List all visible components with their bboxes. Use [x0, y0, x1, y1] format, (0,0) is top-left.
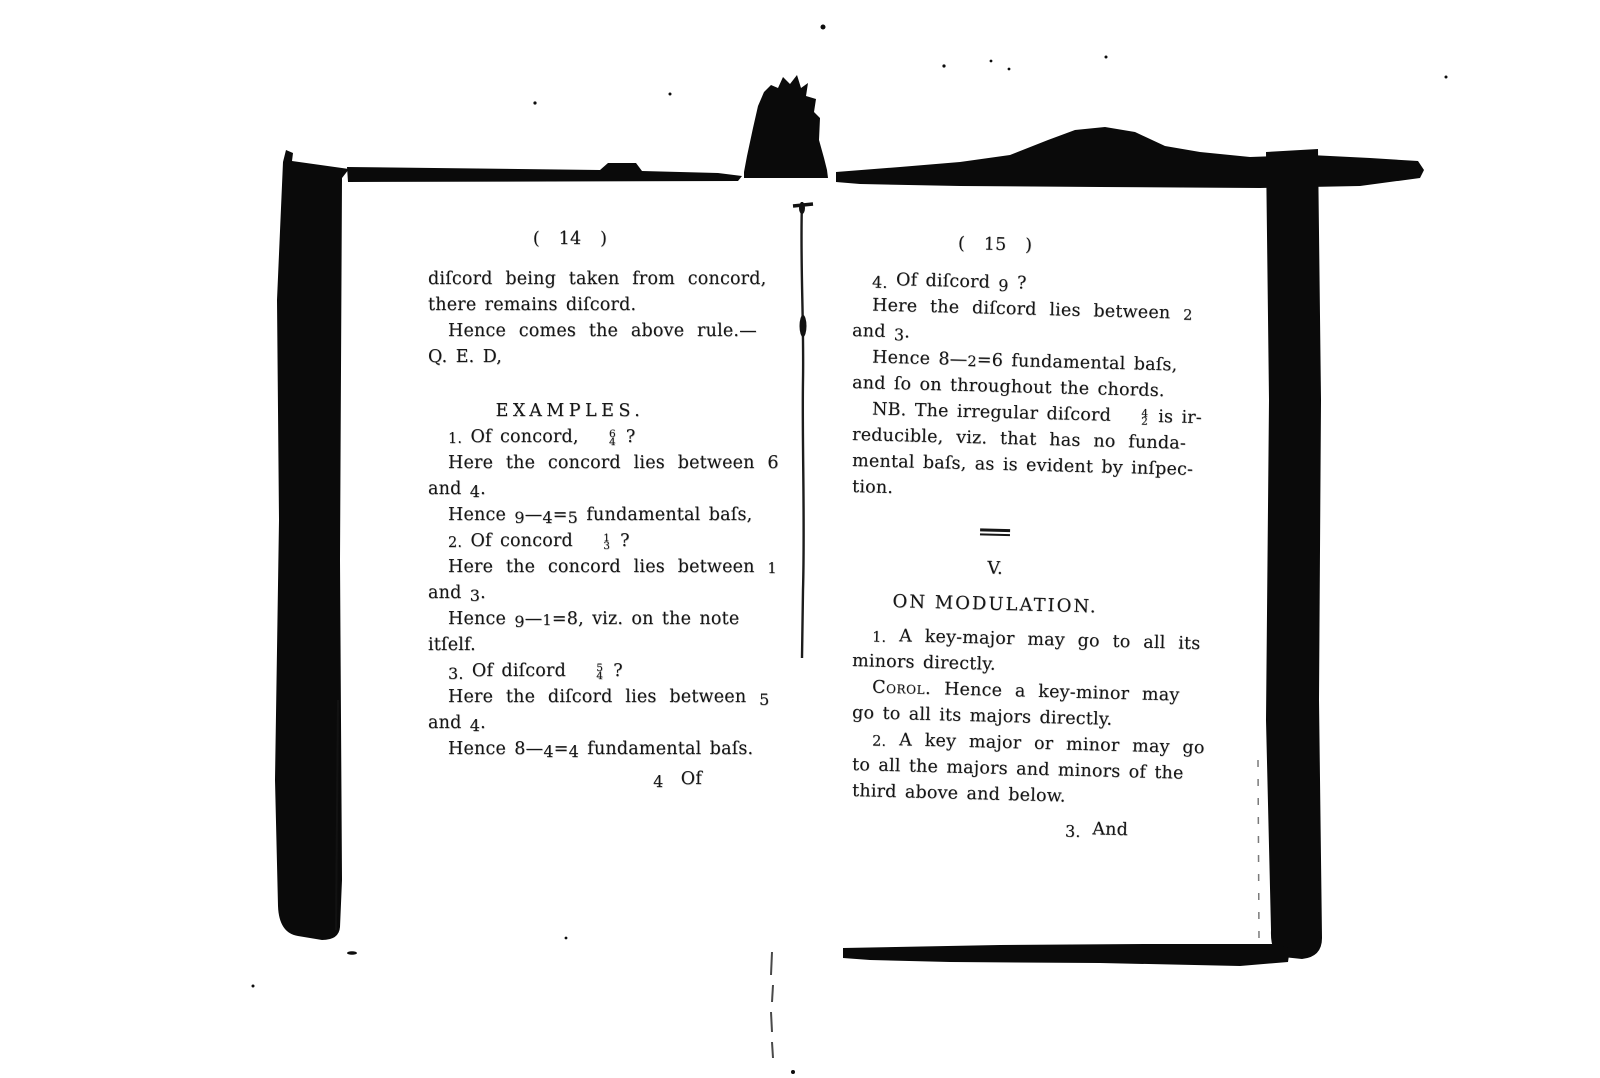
text-run: Of diſcord [464, 661, 575, 681]
text-line: Q. E. D, [428, 344, 712, 370]
text-run: Hence a key-minor may [931, 679, 1180, 705]
text-run: = [554, 739, 569, 759]
text-line: 4 Of [428, 766, 712, 792]
text-run: . [480, 583, 486, 603]
ink-speckle [1008, 68, 1011, 71]
text-line: V. [852, 552, 1139, 585]
text-run: Of [663, 769, 702, 789]
text-run: 5 [759, 690, 769, 709]
text-run: diſcord being taken from concord, [428, 269, 766, 289]
text-run: Hence 8— [448, 739, 543, 759]
text-run: 4 [653, 772, 663, 791]
gutter-stitch-knot [799, 202, 805, 214]
text-run: 4 [543, 742, 553, 761]
page-number-right: ( 15 ) [852, 228, 1139, 261]
text-run: . [480, 479, 486, 499]
text-run: ? [605, 661, 623, 681]
page-number-left: ( 14 ) [428, 226, 712, 252]
text-line: and 4. [428, 710, 712, 736]
text-run: 6 [991, 351, 1003, 371]
text-run: fundamental baſs. [579, 739, 753, 759]
text-line: Hence 9—1=8, viz. on the note [428, 606, 712, 632]
scan-artifacts [0, 0, 1600, 1078]
text-run: ? [1008, 273, 1026, 293]
text-run: 2. [448, 535, 462, 551]
text-run: and [428, 479, 470, 499]
text-run: 1. [448, 431, 462, 447]
gutter-line [801, 202, 803, 658]
text-run: 3. [1065, 822, 1081, 841]
section-divider [852, 514, 1139, 547]
text-run: go to all its majors directly. [852, 703, 1113, 730]
text-run: Of diſcord [888, 270, 999, 293]
text-run: is ir- [1150, 407, 1202, 428]
text-run: 4. [872, 273, 888, 292]
text-run: 3 [894, 325, 905, 344]
ink-speckle [942, 64, 945, 67]
gutter-stitch-top [793, 204, 813, 206]
text-line: Here the diſcord lies between 5 [428, 684, 712, 710]
text-run: there remains diſcord. [428, 295, 636, 315]
ink-speckle [1445, 76, 1448, 79]
text-run: EXAMPLES. [496, 401, 645, 421]
page-15: ( 15 ) 4. Of diſcord 9 ?Here the diſcord… [852, 228, 1138, 836]
text-run: Here the concord lies between [448, 453, 767, 473]
ink-speckle [990, 60, 993, 63]
text-run: ON MODULATION. [892, 591, 1098, 617]
text-line: ON MODULATION. [852, 588, 1139, 621]
text-run: ? [612, 531, 630, 551]
text-run: Here the concord lies between [448, 557, 767, 577]
text-line: 1. Of concord, 64 ? [428, 424, 712, 450]
text-run: and [852, 321, 894, 342]
binding-blob [744, 75, 828, 178]
text-run: fundamental baſs, [1003, 351, 1178, 376]
ink-speckle [669, 93, 672, 96]
figured-bass-fraction: 64 [589, 430, 616, 447]
text-line: 3. And [852, 810, 1139, 843]
text-run: Here the diſcord lies between [448, 687, 759, 707]
text-run: tion. [852, 477, 894, 498]
scan-edge-top-right [836, 127, 1424, 188]
text-run: . [480, 713, 486, 733]
text-run: 5 [568, 508, 578, 527]
text-run: itſelf. [428, 635, 476, 655]
ink-speckle [791, 1070, 795, 1074]
figured-bass-fraction: 54 [576, 664, 603, 681]
ink-speckle [252, 985, 255, 988]
page-15-text: 4. Of diſcord 9 ?Here the diſcord lies b… [852, 266, 1138, 836]
ink-speckle [1105, 56, 1108, 59]
text-run: minors directly. [852, 651, 996, 675]
gutter-crease-marks [771, 952, 773, 1058]
text-run: Of concord [462, 531, 581, 551]
text-run: 2 [1183, 307, 1193, 323]
text-run: Of concord, [462, 427, 587, 447]
ink-speckle [533, 101, 536, 104]
text-run: 9 [514, 508, 524, 527]
text-run: and [428, 713, 470, 733]
scanned-book-spread: ( 14 ) diſcord being taken from concord,… [0, 0, 1600, 1078]
gutter-stitch-knot [800, 315, 807, 337]
text-run: 3 [470, 586, 480, 605]
text-run: 8 [567, 609, 578, 629]
scan-edge-top-left [347, 163, 742, 182]
text-run: third above and below. [852, 781, 1066, 807]
text-run: Hence comes the above rule.— [448, 321, 757, 341]
text-run: = [553, 505, 568, 525]
ink-speckle [821, 25, 826, 30]
text-line: there remains diſcord. [428, 292, 712, 318]
ink-speckle [347, 951, 357, 955]
text-run: 2 [967, 354, 977, 370]
page-14: ( 14 ) diſcord being taken from concord,… [428, 226, 712, 792]
text-line: and 3. [428, 580, 712, 606]
text-line: itſelf. [428, 632, 712, 658]
text-run: 6 [767, 453, 778, 473]
page-edge-line [1258, 760, 1259, 940]
text-run: — [525, 609, 543, 629]
page-edge-line [336, 700, 338, 930]
text-line: diſcord being taken from concord, [428, 266, 712, 292]
scan-edge-left [275, 150, 349, 940]
text-run: Hence [448, 609, 514, 629]
text-line: Here the concord lies between 6 [428, 450, 712, 476]
scan-edge-right [1266, 149, 1322, 959]
text-run: Hence [448, 505, 514, 525]
scan-edge-bottom-right [843, 944, 1290, 966]
text-run: 1 [542, 613, 551, 629]
text-run: . [904, 322, 910, 342]
text-run: 3. [448, 664, 464, 683]
text-run: = [977, 350, 992, 370]
text-line: 3. Of diſcord 54 ? [428, 658, 712, 684]
text-run: Corol. [872, 678, 932, 700]
text-line: Here the concord lies between 1 [428, 554, 712, 580]
text-run: V. [987, 559, 1003, 579]
text-line: Hence 9—4=5 fundamental baſs, [428, 502, 712, 528]
text-run: — [525, 505, 543, 525]
text-line: Hence comes the above rule.— [428, 318, 712, 344]
text-line: 2. Of concord 13 ? [428, 528, 712, 554]
text-line: Hence 8—4=4 fundamental baſs. [428, 736, 712, 762]
page-14-text: diſcord being taken from concord,there r… [428, 266, 712, 792]
text-run: NB. The irregular diſcord [872, 400, 1120, 426]
text-run: 2. [872, 733, 887, 749]
text-run: 4 [542, 508, 552, 527]
text-run: Q. E. D, [428, 347, 502, 367]
text-run: ? [618, 427, 636, 447]
text-run: 4 [569, 742, 579, 761]
text-run: 4 [470, 716, 480, 735]
double-rule [980, 528, 1010, 536]
text-run: 9 [514, 612, 524, 631]
text-run: 4 [470, 482, 480, 501]
text-run: and [428, 583, 470, 603]
ink-speckle [565, 937, 568, 940]
figured-bass-fraction: 13 [583, 534, 610, 551]
text-run: 9 [998, 276, 1009, 295]
text-run: , viz. on the note [578, 609, 739, 629]
figured-bass-fraction: 42 [1121, 409, 1148, 427]
text-run: And [1081, 819, 1129, 840]
text-run: fundamental baſs, [578, 505, 752, 525]
text-run: 1 [767, 561, 776, 577]
text-line: EXAMPLES. [428, 398, 712, 424]
text-run: Hence 8— [872, 348, 968, 370]
text-run: = [552, 609, 567, 629]
text-run: 1. [872, 629, 887, 645]
text-line: and 4. [428, 476, 712, 502]
